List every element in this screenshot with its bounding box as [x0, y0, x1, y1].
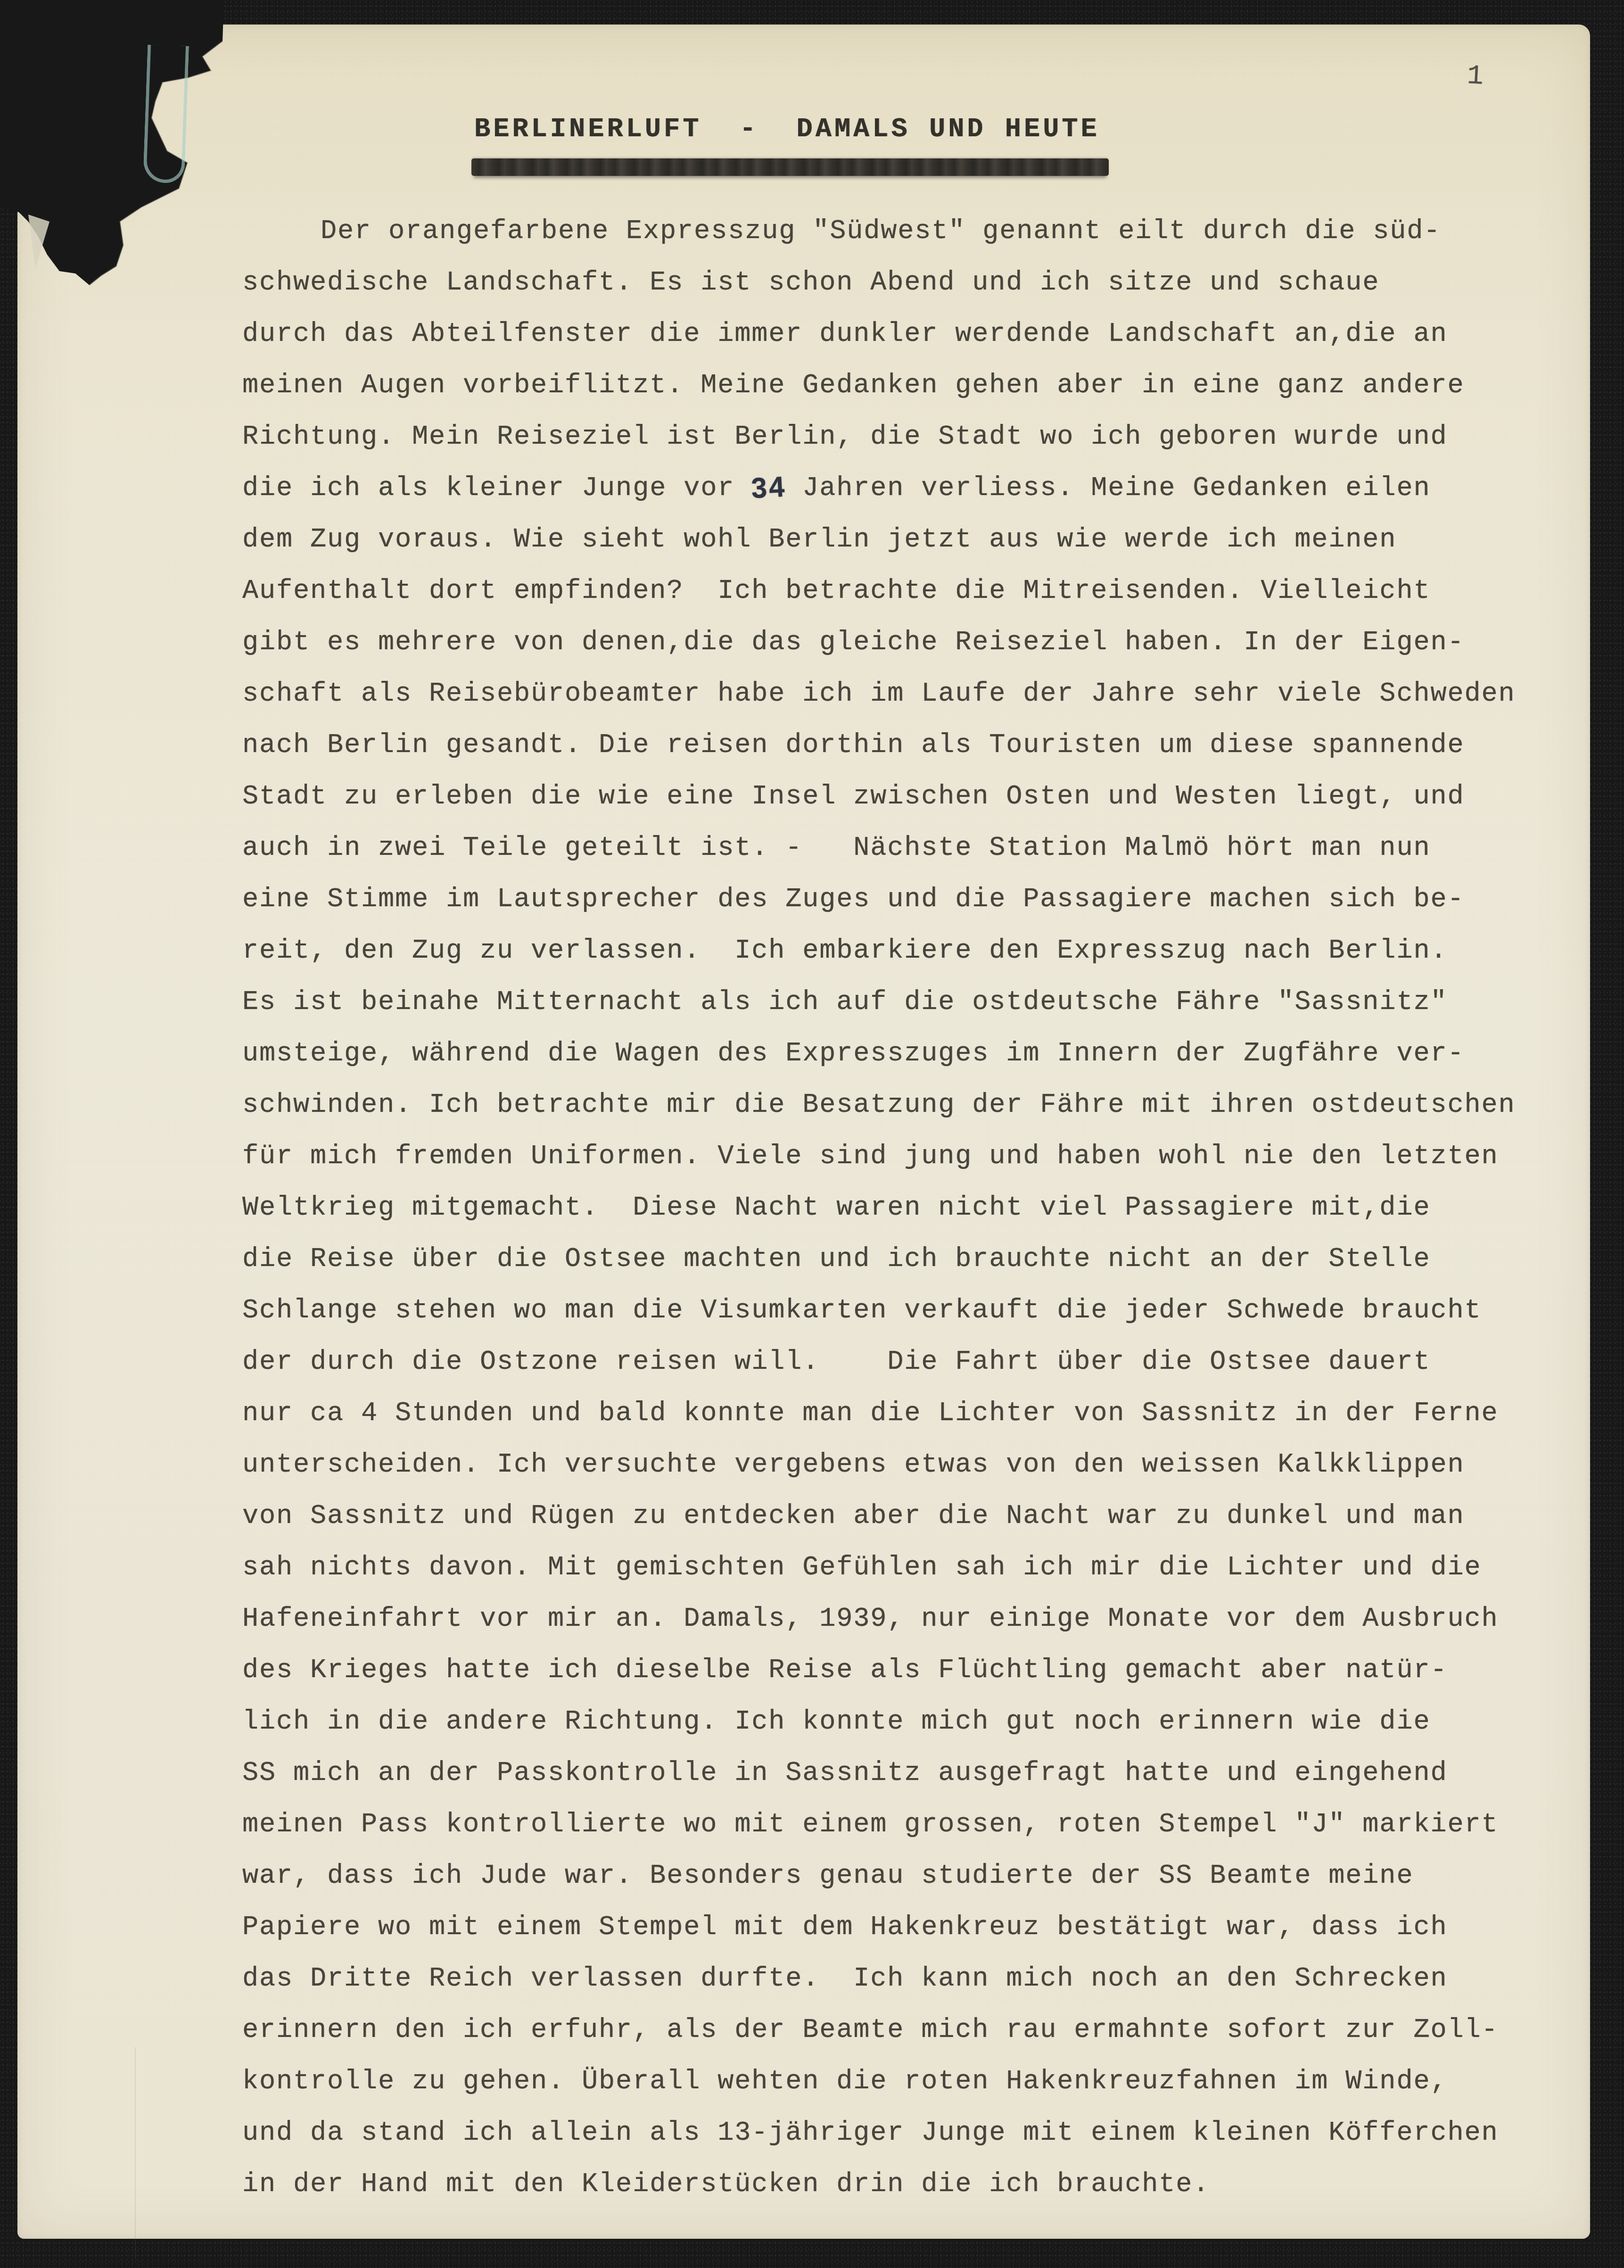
text-line-14: eine Stimme im Lautsprecher des Zuges un… [242, 874, 1525, 926]
text-line-12: Stadt zu erleben die wie eine Insel zwis… [242, 771, 1525, 823]
text-line-2: schwedische Landschaft. Es ist schon Abe… [242, 257, 1525, 309]
text-line-27: sah nichts davon. Mit gemischten Gefühle… [242, 1542, 1525, 1594]
text-line-9: gibt es mehrere von denen,die das gleich… [242, 617, 1525, 669]
text-line-34: Papiere wo mit einem Stempel mit dem Hak… [242, 1902, 1525, 1953]
text-line-35: das Dritte Reich verlassen durfte. Ich k… [242, 1953, 1525, 2005]
text-line-10: schaft als Reisebürobeamter habe ich im … [242, 669, 1525, 720]
line-segment: Jahren verliess. Meine Gedanken eilen [785, 473, 1430, 504]
line-segment: die ich als kleiner Junge vor [242, 473, 751, 504]
typed-text-block: Der orangefarbene Expresszug "Südwest" g… [242, 206, 1525, 2210]
text-line-26: von Sassnitz und Rügen zu entdecken aber… [242, 1491, 1525, 1542]
pencil-mark-u [143, 45, 189, 184]
document-title: BERLINERLUFT - DAMALS UND HEUTE [474, 115, 1100, 145]
text-line-20: Weltkrieg mitgemacht. Diese Nacht waren … [242, 1183, 1525, 1234]
text-line-33: war, dass ich Jude war. Besonders genau … [242, 1851, 1525, 1902]
torn-corner [0, 0, 264, 330]
text-line-5: Richtung. Mein Reiseziel ist Berlin, die… [242, 412, 1525, 463]
text-line-13: auch in zwei Teile geteilt ist. - Nächst… [242, 823, 1525, 874]
text-line-18: schwinden. Ich betrachte mir die Besatzu… [242, 1080, 1525, 1131]
text-line-11: nach Berlin gesandt. Die reisen dorthin … [242, 720, 1525, 771]
text-line-32: meinen Pass kontrollierte wo mit einem g… [242, 1799, 1525, 1851]
page-number: 1 [1466, 61, 1485, 92]
text-line-8: Aufenthalt dort empfinden? Ich betrachte… [242, 566, 1525, 617]
text-line-31: SS mich an der Passkontrolle in Sassnitz… [242, 1748, 1525, 1799]
text-line-21: die Reise über die Ostsee machten und ic… [242, 1234, 1525, 1285]
text-line-25: unterscheiden. Ich versuchte vergebens e… [242, 1440, 1525, 1491]
handwritten-ink-correction: 34 [750, 461, 788, 520]
scan-background: { "colors": { "bg": "#181818", "paper": … [0, 0, 1624, 2268]
title-underline [471, 158, 1109, 176]
text-line-38: und da stand ich allein als 13-jähriger … [242, 2108, 1525, 2159]
text-line-23: der durch die Ostzone reisen will. Die F… [242, 1337, 1525, 1388]
text-line-28: Hafeneinfahrt vor mir an. Damals, 1939, … [242, 1594, 1525, 1645]
text-line-19: für mich fremden Uniformen. Viele sind j… [242, 1131, 1525, 1183]
text-line-24: nur ca 4 Stunden und bald konnte man die… [242, 1388, 1525, 1440]
text-line-15: reit, den Zug zu verlassen. Ich embarkie… [242, 926, 1525, 977]
text-line-30: lich in die andere Richtung. Ich konnte … [242, 1697, 1525, 1748]
text-line-3: durch das Abteilfenster die immer dunkle… [242, 309, 1525, 360]
text-line-29: des Krieges hatte ich dieselbe Reise als… [242, 1645, 1525, 1697]
paper-crease [135, 2047, 136, 2260]
text-line-1: Der orangefarbene Expresszug "Südwest" g… [242, 206, 1525, 257]
text-line-39: in der Hand mit den Kleiderstücken drin … [242, 2159, 1525, 2210]
text-line-16: Es ist beinahe Mitternacht als ich auf d… [242, 977, 1525, 1028]
text-line-4: meinen Augen vorbeiflitzt. Meine Gedanke… [242, 360, 1525, 412]
text-line-6: die ich als kleiner Junge vor 34 Jahren … [242, 463, 1525, 514]
text-line-22: Schlange stehen wo man die Visumkarten v… [242, 1285, 1525, 1337]
text-line-7: dem Zug voraus. Wie sieht wohl Berlin je… [242, 514, 1525, 566]
text-line-17: umsteige, während die Wagen des Expressz… [242, 1028, 1525, 1080]
text-line-36: erinnern den ich erfuhr, als der Beamte … [242, 2005, 1525, 2056]
text-line-37: kontrolle zu gehen. Überall wehten die r… [242, 2056, 1525, 2108]
